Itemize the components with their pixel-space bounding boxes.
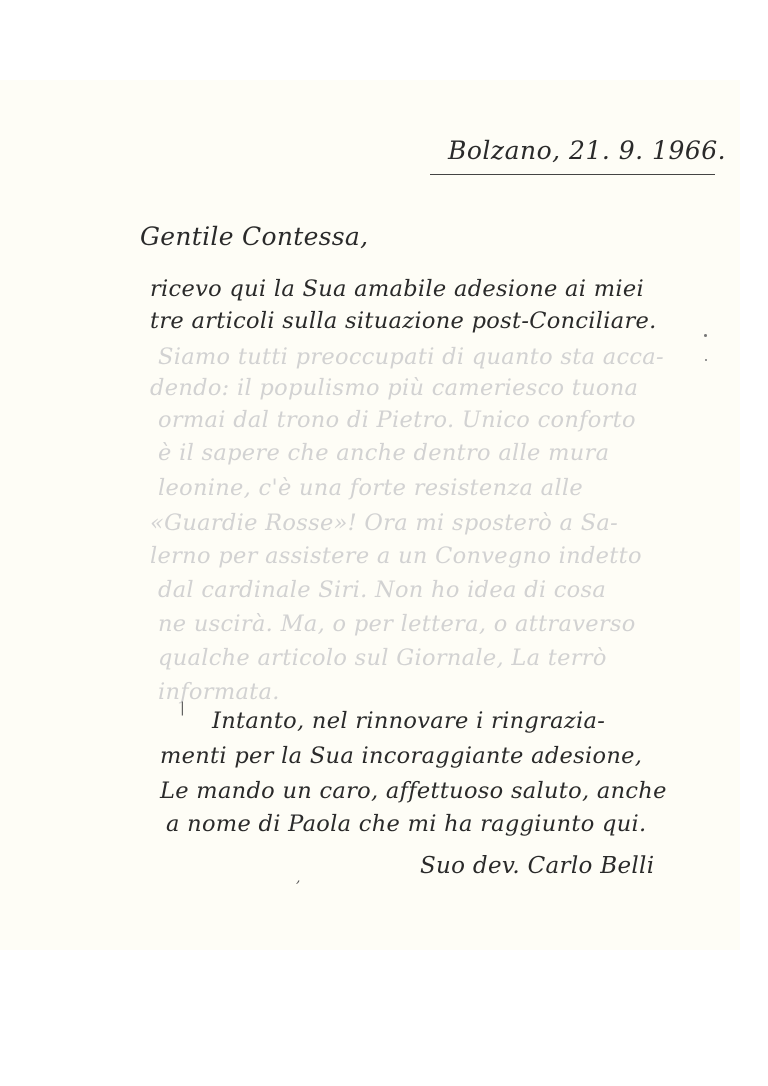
faded-line: ne uscirà. Ma, o per lettera, o attraver… [158,611,636,637]
faded-line: informata. [158,679,280,705]
opening-line: ricevo qui la Sua amabile adesione ai mi… [150,276,644,302]
opening-line: tre articoli sulla situazione post-Conci… [150,308,657,334]
closing-line: Le mando un caro, affettuoso saluto, anc… [160,778,667,804]
pen-stroke-mark: | [180,700,185,716]
letter-page: Bolzano, 21. 9. 1966. Gentile Contessa, … [0,0,768,1086]
paper-speck [705,359,707,361]
place-date: Bolzano, 21. 9. 1966. [448,136,726,165]
date-underline [430,174,715,175]
faded-line: Siamo tutti preoccupati di quanto sta ac… [158,344,664,370]
closing-line: menti per la Sua incoraggiante adesione, [160,743,642,769]
signature: Suo dev. Carlo Belli [420,853,654,879]
faded-line: «Guardie Rosse»! Ora mi sposterò a Sa- [150,510,618,536]
faded-line: qualche articolo sul Giornale, La terrò [158,645,607,671]
faded-line: è il sapere che anche dentro alle mura [158,440,609,466]
faded-line: dal cardinale Siri. Non ho idea di cosa [158,577,606,603]
faded-line: lerno per assistere a un Convegno indett… [150,543,642,569]
greeting: Gentile Contessa, [140,222,368,251]
closing-line: a nome di Paola che mi ha raggiunto qui. [166,811,646,837]
paper-speck [704,334,707,337]
closing-line: Intanto, nel rinnovare i ringrazia- [212,708,605,734]
pen-stroke-mark: , [296,870,300,886]
faded-line: leonine, c'è una forte resistenza alle [158,475,583,501]
faded-line: dendo: il populismo più cameriesco tuona [150,375,638,401]
faded-line: ormai dal trono di Pietro. Unico confort… [158,407,636,433]
